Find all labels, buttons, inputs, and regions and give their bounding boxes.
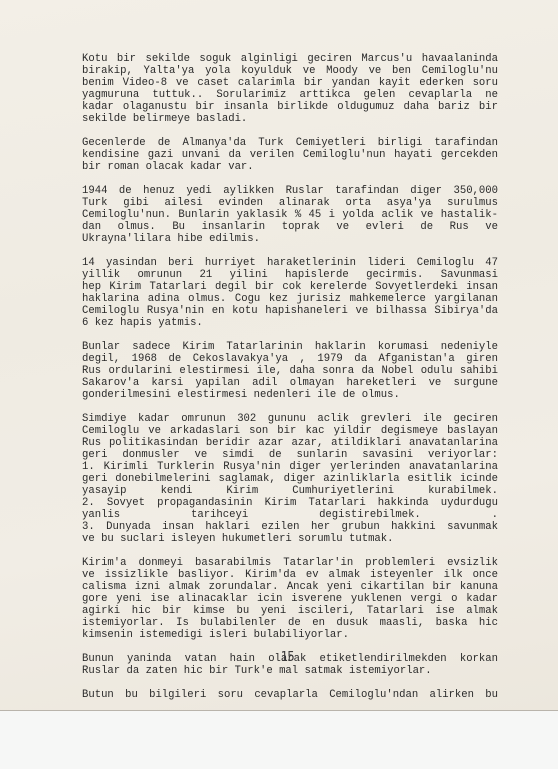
text-line: Cemiloglu'nun. Bunlarin yaklasik % 45 i … bbox=[82, 209, 498, 221]
text-line: geri donebilmelerini saglamak, diger azi… bbox=[82, 473, 498, 485]
text-line: haklarina adina olmus. Cogu kez jurisiz … bbox=[82, 293, 498, 305]
text-line: geri donmusler ve simdi de sunlarin sava… bbox=[82, 449, 498, 461]
text-line: 2. Sovyet propagandasinin Kirim Tatarlar… bbox=[82, 497, 498, 509]
text-line: Turk gibi ailesi evinden alinarak orta a… bbox=[82, 197, 498, 209]
text-line: dan olmus. Bu insanlarin toprak ve evler… bbox=[82, 221, 498, 233]
text-line: Rus ordularini elestirmesi ile, daha son… bbox=[82, 365, 498, 377]
paragraph: 14 yasindan beri hurriyet haraketlerinin… bbox=[82, 257, 498, 329]
text-line: kimsenin istemedigi isleri bulabiliyorla… bbox=[82, 629, 498, 641]
text-line: bir roman olacak kadar var. bbox=[82, 161, 498, 173]
text-line: Sakarov'a karsi yapilan adil olmayan har… bbox=[82, 377, 498, 389]
text-line: 1944 de henuz yedi aylikken Ruslar taraf… bbox=[82, 185, 498, 197]
text-line: Bunlar sadece Kirim Tatarlarinin haklari… bbox=[82, 341, 498, 353]
typewritten-body-text: Kotu bir sekilde soguk alginligi geciren… bbox=[82, 53, 498, 713]
paragraph: Simdiye kadar omrunun 302 gununu aclik g… bbox=[82, 413, 498, 545]
text-line: Simdiye kadar omrunun 302 gununu aclik g… bbox=[82, 413, 498, 425]
text-line: degil, 1968 de Cekoslavakya'ya , 1979 da… bbox=[82, 353, 498, 365]
text-line: gonderilmesini elestirmesi nedenleri ile… bbox=[82, 389, 498, 401]
scanner-background bbox=[0, 711, 558, 769]
text-line: 1. Kirimli Turklerin Rusya'nin diger yer… bbox=[82, 461, 498, 473]
text-line: Kotu bir sekilde soguk alginligi geciren… bbox=[82, 53, 498, 65]
text-line: yillik omrunun 21 yilini hapislerde geci… bbox=[82, 269, 498, 281]
text-line: calisma izni almak zorundalar. Ancak yen… bbox=[82, 581, 498, 593]
text-line: 3. Dunyada insan haklari ezilen her grub… bbox=[82, 521, 498, 533]
text-line: yanlis tarihceyi degistirebilmek. . bbox=[82, 509, 498, 521]
paragraph: Kirim'a donmeyi basarabilmis Tatarlar'in… bbox=[82, 557, 498, 641]
text-line: kendisine gazi unvani da verilen Cemilog… bbox=[82, 149, 498, 161]
paragraph: 1944 de henuz yedi aylikken Ruslar taraf… bbox=[82, 185, 498, 245]
text-line: Gecenlerde de Almanya'da Turk Cemiyetler… bbox=[82, 137, 498, 149]
text-line: yasayip kendi Kirim Cumhuriyetlerini kur… bbox=[82, 485, 498, 497]
paragraph: Bunlar sadece Kirim Tatarlarinin haklari… bbox=[82, 341, 498, 401]
paragraph: Gecenlerde de Almanya'da Turk Cemiyetler… bbox=[82, 137, 498, 173]
text-line: ve bu suclari isleyen hukumetleri soruml… bbox=[82, 533, 498, 545]
text-line: gore yeni ise alinacaklar icin isverene … bbox=[82, 593, 498, 605]
text-line: Cemiloglu Rusya'nin en kotu hapishaneler… bbox=[82, 305, 498, 317]
scanned-paper-page: Kotu bir sekilde soguk alginligi geciren… bbox=[0, 0, 558, 711]
text-line: ve issizlikle basliyor. Kirim'da ev alma… bbox=[82, 569, 498, 581]
paragraph: Butun bu bilgileri soru cevaplarla Cemil… bbox=[82, 689, 498, 701]
text-line: sekilde belirmeye basladi. bbox=[82, 113, 498, 125]
text-line: Kirim'a donmeyi basarabilmis Tatarlar'in… bbox=[82, 557, 498, 569]
text-line: agirki hic bir kimse bu yeni iscileri, T… bbox=[82, 605, 498, 617]
text-line: Cemiloglu ve arkadaslari son bir kac yil… bbox=[82, 425, 498, 437]
text-line: Ukrayna'lilara hibe edilmis. bbox=[82, 233, 498, 245]
text-line: Ruslar da zaten hic bir Turk'e mal satma… bbox=[82, 665, 498, 677]
text-line: 14 yasindan beri hurriyet haraketlerinin… bbox=[82, 257, 498, 269]
text-line: hep Kirim Tatarlari degil bir cok kerele… bbox=[82, 281, 498, 293]
text-line: birakip, Yalta'ya yola koyulduk ve Moody… bbox=[82, 65, 498, 77]
paragraph: Kotu bir sekilde soguk alginligi geciren… bbox=[82, 53, 498, 125]
text-line: benim Video-8 ve caset calarimla bir yan… bbox=[82, 77, 498, 89]
text-line: Rus politikasindan beridir azar azar, at… bbox=[82, 437, 498, 449]
text-line: Butun bu bilgileri soru cevaplarla Cemil… bbox=[82, 689, 498, 701]
text-line: 6 kez hapis yatmis. bbox=[82, 317, 498, 329]
text-line: kadar olaganustu bir insanla birlikde ol… bbox=[82, 101, 498, 113]
handwritten-page-number: 15 bbox=[281, 650, 294, 665]
text-line: yagmuruna tuttuk.. Sorularimiz arttikca … bbox=[82, 89, 498, 101]
text-line: istemiyorlar. Is bulabilenler de en dusu… bbox=[82, 617, 498, 629]
